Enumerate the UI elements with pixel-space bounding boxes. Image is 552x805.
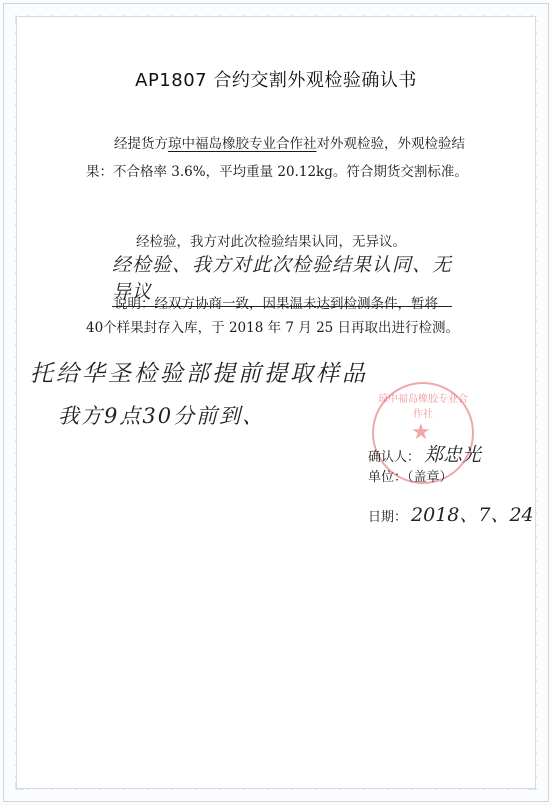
document-page: AP1807 合约交割外观检验确认书 经提货方琼中福岛橡胶专业合作社对外观检验，… [0,0,552,805]
confirmer-signature: 郑忠光 [424,444,481,466]
date-handwritten: 2018、7、24 [411,504,534,526]
handwritten-note-line-1: 托给华圣检验部提前提取样品 [30,355,368,388]
inspection-paragraph: 经提货方琼中福岛橡胶专业合作社对外观检验，外观检验结果：不合格率 3.6%，平均… [86,130,486,186]
unit-row: 单位：（盖章） [368,466,453,485]
document-title: AP1807 合约交割外观检验确认书 [0,66,552,92]
supplier-name: 琼中福岛橡胶专业合作社 [168,136,317,152]
confirmer-label: 确认人： [368,450,420,465]
handwritten-note-line-2: 我方9点30分前到、 [58,400,265,430]
confirmer-row: 确认人：郑忠光 [368,440,481,467]
date-label: 日期： [368,510,407,525]
note-line-2: 40个样果封存入库，于 2018 年 7 月 25 日再取出进行检测。 [86,314,506,342]
date-row: 日期：2018、7、24 [368,500,534,527]
seal-text: 琼中福岛橡胶专业合作社 [374,390,472,420]
unit-value: （盖章） [407,470,453,485]
unit-label: 单位： [368,470,407,485]
para1-prefix: 经提货方 [114,136,168,152]
